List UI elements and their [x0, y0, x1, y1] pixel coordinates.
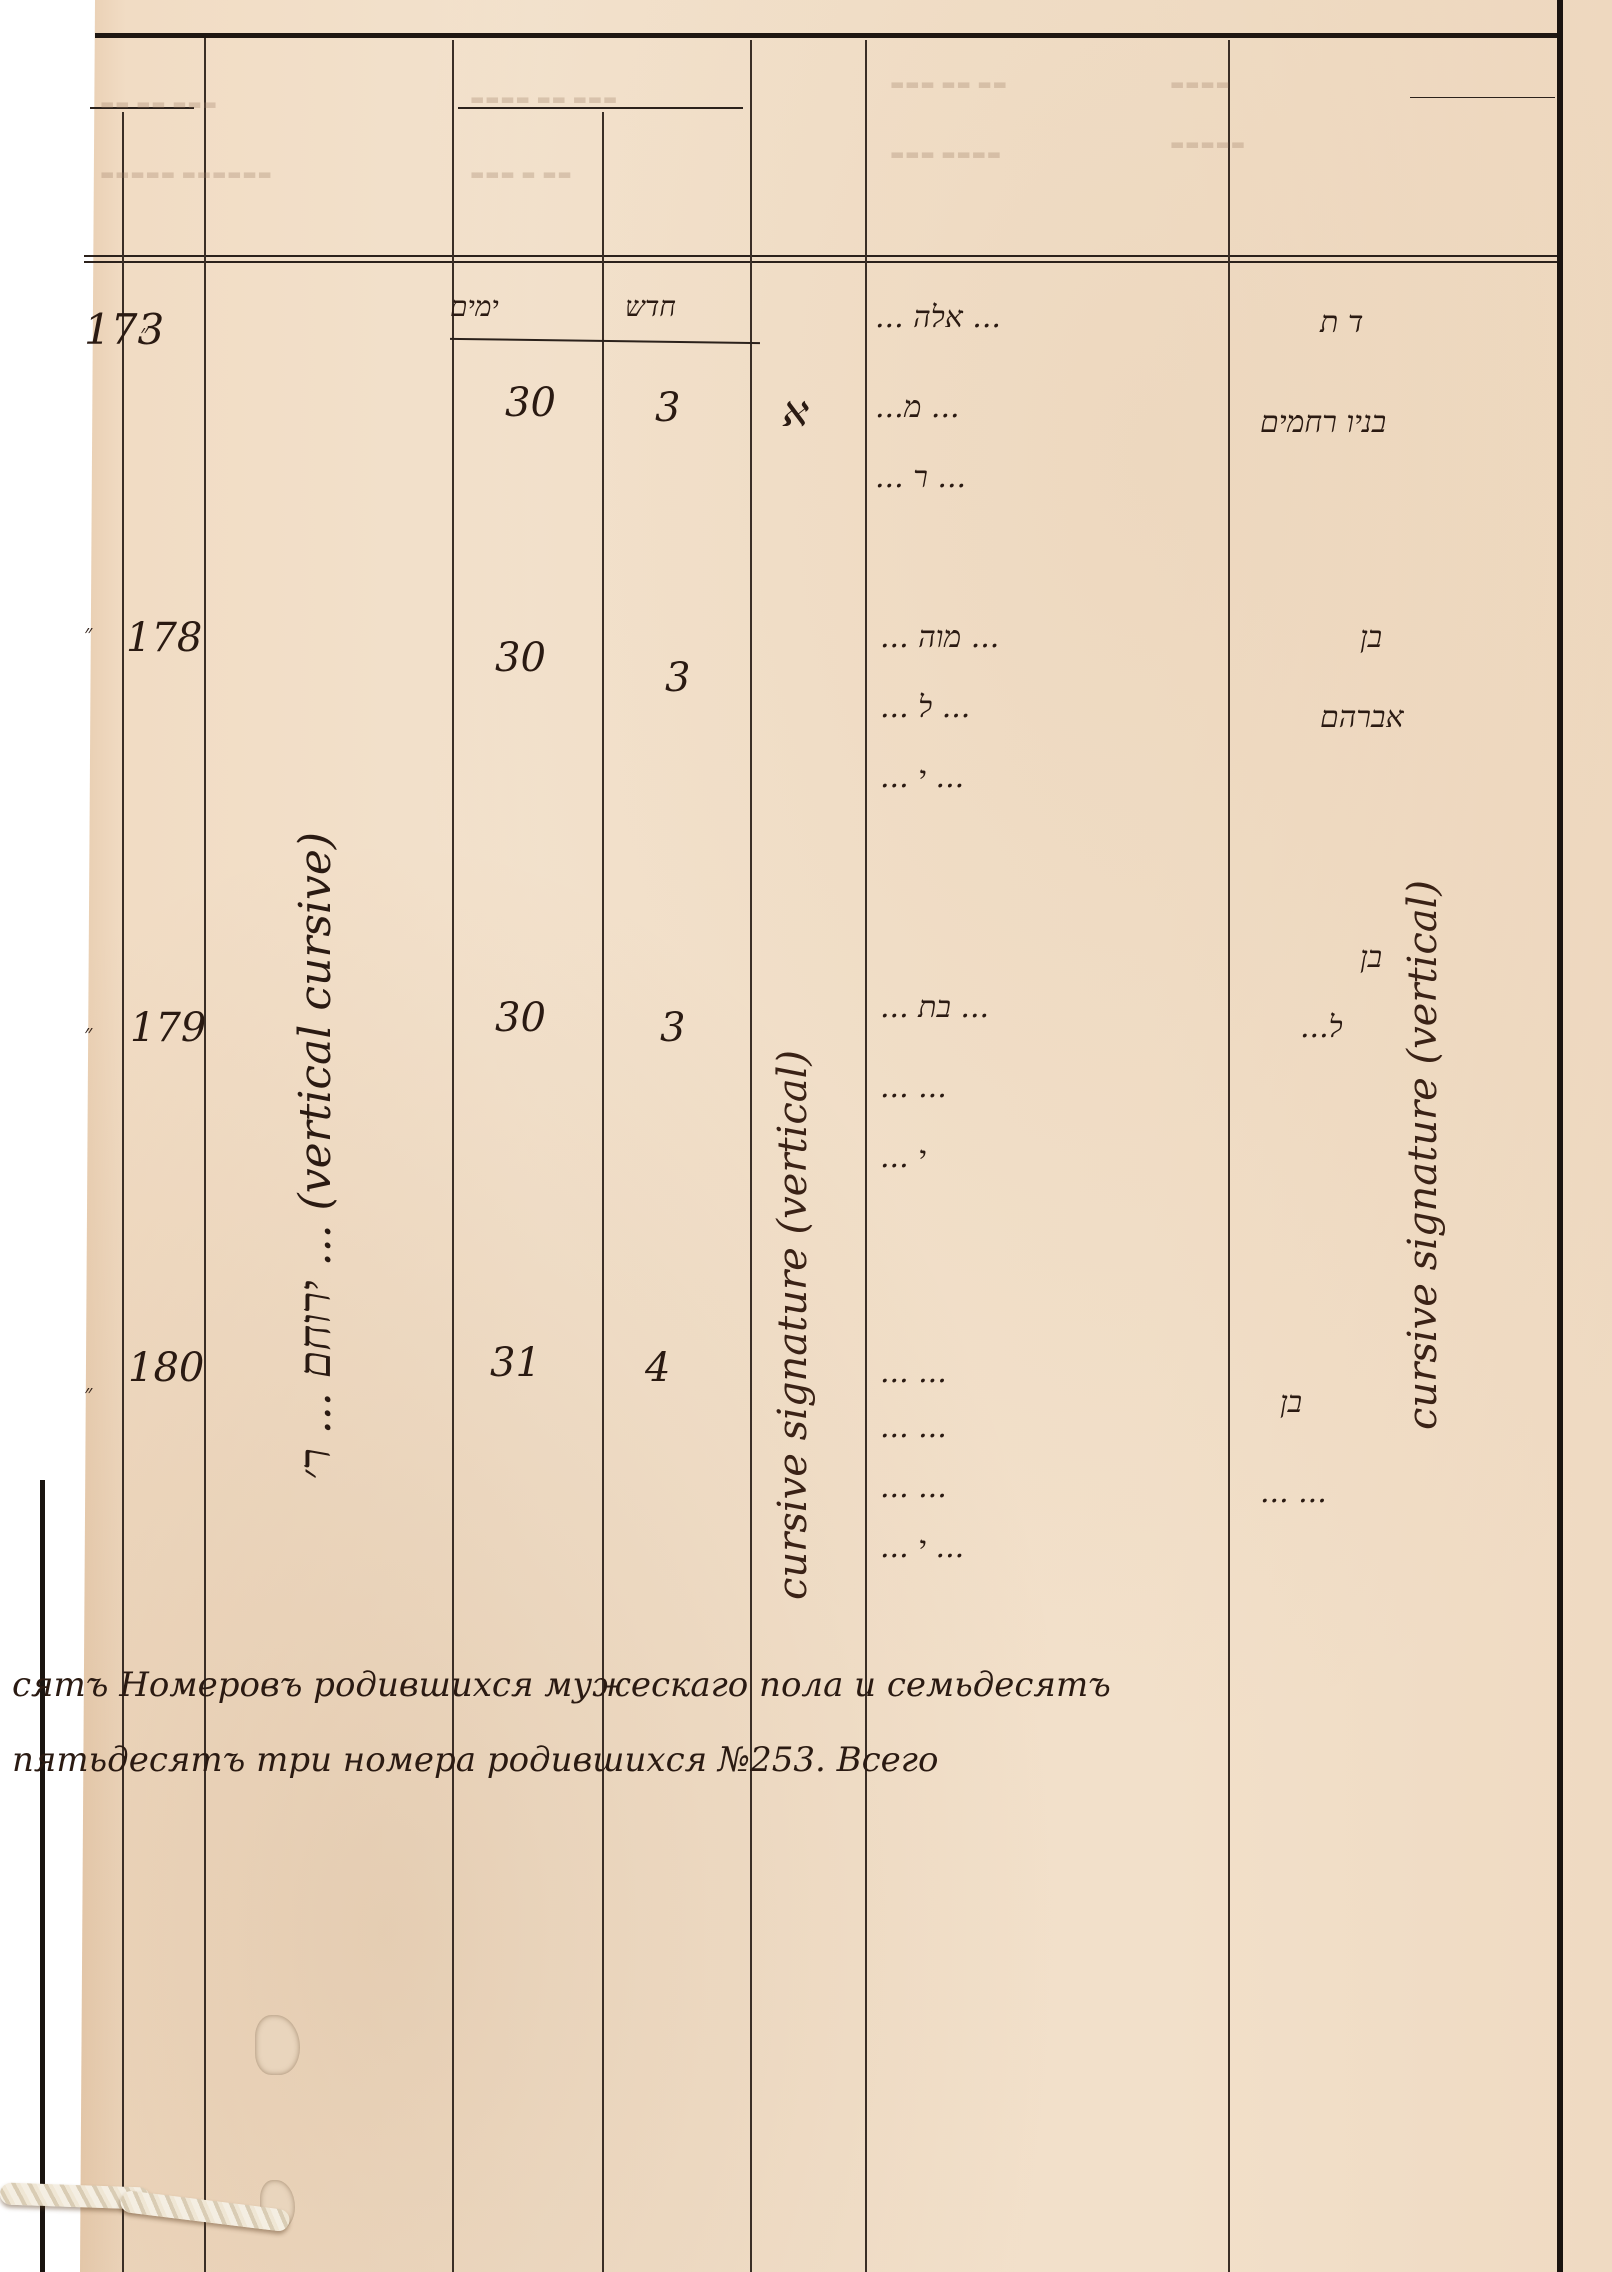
header-ghost-7: ▬▬▬ ▬▬▬▬ — [890, 145, 1002, 163]
row-180-witness-1: בן — [1280, 1385, 1302, 1420]
row-179-day: 30 — [495, 995, 546, 1041]
row-178-witness-1: בן — [1360, 620, 1382, 655]
row-180-day: 31 — [490, 1340, 541, 1386]
row-178-month: 3 — [665, 655, 690, 701]
row-173-col-f-mark: ℵ — [780, 395, 805, 435]
header-ghost-8: ▬▬▬▬▬ — [1170, 135, 1246, 153]
row-173-month: 3 — [655, 385, 680, 431]
row-178-parents-1: ... מוה ... — [880, 620, 999, 655]
summary-line-1: сятъ Номеровъ родившихся мужескаго пола … — [12, 1665, 1111, 1705]
vertical-name-entry: ירוחם ... ר׳ ... (vertical cursive) — [290, 330, 341, 1480]
left-border-lower — [40, 1480, 45, 2272]
ditto-mark: ״ — [140, 320, 148, 346]
row-180-month: 4 — [645, 1345, 670, 1391]
col-line-g — [1228, 40, 1230, 2272]
row-180-parents-4: ... י ... — [880, 1530, 964, 1565]
col-line-f — [865, 40, 867, 2272]
row-180-number: 180 — [128, 1345, 204, 1391]
row-173-witness-2: בניו רחמים — [1260, 405, 1386, 440]
row-180-witness-2: ... ... — [1260, 1475, 1327, 1510]
row-173-parents-3: ... ר ... — [875, 460, 966, 495]
col-line-d — [602, 112, 604, 2272]
col-line-b — [204, 38, 206, 2272]
row-180-parents-1: ... ... — [880, 1355, 947, 1390]
month-subheader: חדש — [625, 290, 676, 324]
row-178-number: 178 — [126, 615, 202, 661]
day-subheader: ימים — [450, 290, 499, 324]
row-173-day: 30 — [505, 380, 556, 426]
header-ghost-2: ▬▬▬▬ ▬▬ ▬▬▬ — [470, 90, 618, 108]
row-179-parents-3: י ... — [880, 1140, 926, 1175]
col-line-a — [122, 112, 124, 2272]
header-subrule-right — [1410, 97, 1555, 98]
row-179-witness-1: בן — [1360, 940, 1382, 975]
row-179-number: 179 — [130, 1005, 206, 1051]
summary-line-2: пятьдесятъ три номера родившихся №253. В… — [12, 1740, 938, 1780]
row-179-month: 3 — [660, 1005, 685, 1051]
row-178-ditto: ״ — [84, 620, 92, 646]
row-178-parents-2: ... ל ... — [880, 690, 970, 725]
row-179-witness-2: ל... — [1300, 1010, 1343, 1045]
row-179-ditto: ״ — [84, 1020, 92, 1046]
col-f-vertical-signature: cursive signature (vertical) — [770, 960, 816, 1600]
row-178-day: 30 — [495, 635, 546, 681]
header-rule-1 — [84, 255, 1560, 257]
row-173-parents-1: ... אלה ... — [875, 300, 1001, 335]
col-line-c — [452, 40, 454, 2272]
header-ghost-4: ▬▬▬ ▬ ▬▬ — [470, 165, 573, 183]
header-rule-2 — [84, 261, 1560, 263]
header-ghost-3: ▬▬▬▬▬ ▬▬▬▬▬▬ — [100, 165, 273, 183]
header-ghost-5: ▬▬▬ ▬▬ ▬▬ — [890, 75, 1008, 93]
row-173-parents-2: ... מ... — [875, 390, 960, 425]
row-173-witness-1: ד ת — [1320, 305, 1363, 340]
right-border — [1557, 0, 1563, 2272]
col-h-vertical-signature: cursive signature (vertical) — [1400, 1070, 1446, 1430]
header-ghost-1: ▬▬ ▬▬ ▬▬▬ — [100, 95, 218, 113]
row-number-173: 173 — [84, 305, 164, 354]
row-180-parents-2: ... ... — [880, 1410, 947, 1445]
top-rule — [95, 33, 1562, 38]
row-180-ditto: ״ — [84, 1380, 92, 1406]
row-179-parents-2: ... ... — [880, 1070, 947, 1105]
row-179-parents-1: ... בת ... — [880, 990, 989, 1025]
col-line-e — [750, 40, 752, 2272]
header-ghost-6: ▬▬▬▬ — [1170, 75, 1231, 93]
row-178-parents-3: ... י ... — [880, 760, 964, 795]
row-180-parents-3: ... ... — [880, 1470, 947, 1505]
row-178-witness-2: אברהם — [1320, 700, 1404, 735]
